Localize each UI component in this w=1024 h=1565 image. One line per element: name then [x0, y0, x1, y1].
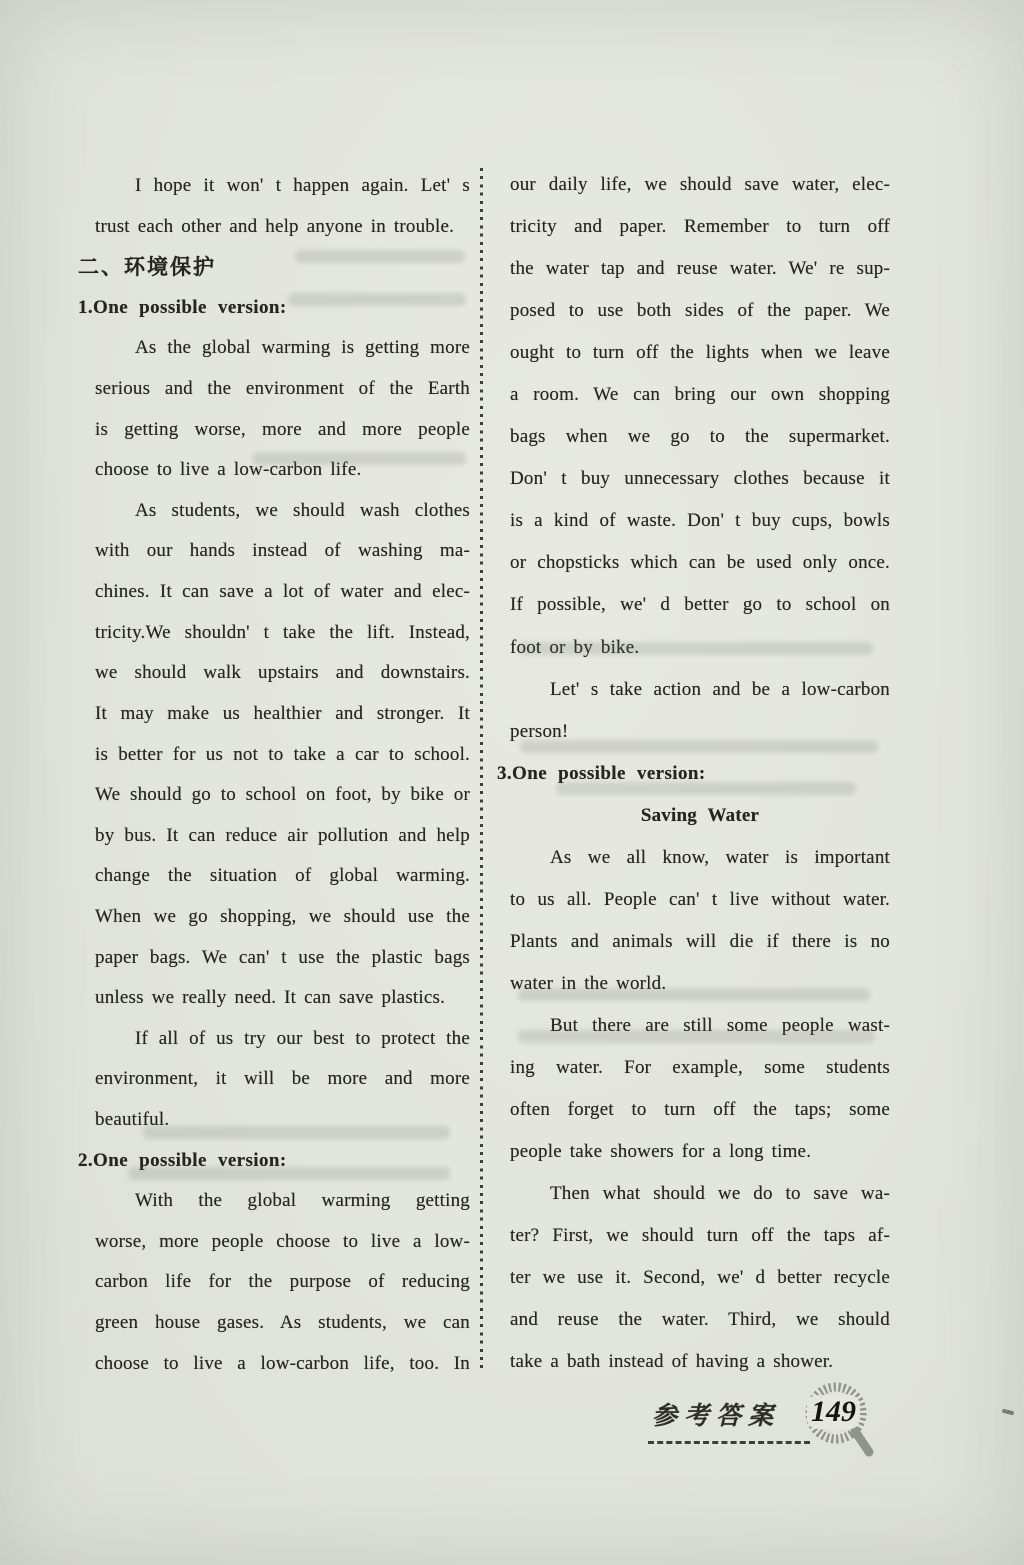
text-line: often forget to turn off the taps; some [497, 1089, 890, 1131]
right-text-column: our daily life, we should save water, el… [497, 164, 890, 1383]
bleedthrough-mark [143, 1126, 450, 1139]
bleedthrough-mark [295, 250, 465, 263]
text-line: and reuse the water. Third, we should [497, 1299, 890, 1341]
text-line: to us all. People can' t live without wa… [497, 879, 890, 921]
text-line: When we go shopping, we should use the [78, 897, 470, 938]
text-line: trust each other and help anyone in trou… [78, 207, 470, 248]
text-line: choose to live a low-carbon life, too. I… [78, 1344, 470, 1385]
page-number: 149 [807, 1395, 860, 1429]
text-line: chines. It can save a lot of water and e… [78, 572, 470, 613]
q-ring-logo-icon: 149 [798, 1378, 878, 1464]
text-line: environment, it will be more and more [78, 1059, 470, 1100]
text-line: people take showers for a long time. [497, 1131, 890, 1173]
text-line: a room. We can bring our own shopping [497, 374, 890, 416]
text-line: As we all know, water is important [497, 837, 890, 879]
text-line: is better for us not to take a car to sc… [78, 735, 470, 776]
text-line: bags when we go to the supermarket. [497, 416, 890, 458]
text-line: It may make us healthier and stronger. I… [78, 694, 470, 735]
text-line: Then what should we do to save wa- [497, 1173, 890, 1215]
bleedthrough-mark [252, 452, 466, 465]
text-line: As students, we should wash clothes [78, 491, 470, 532]
text-line: worse, more people choose to live a low- [78, 1222, 470, 1263]
text-line: posed to use both sides of the paper. We [497, 290, 890, 332]
text-line: the water tap and reuse water. We' re su… [497, 248, 890, 290]
text-line: or chopsticks which can be used only onc… [497, 542, 890, 584]
bleedthrough-mark [556, 782, 856, 795]
text-line: If possible, we' d better go to school o… [497, 584, 890, 626]
text-line: unless we really need. It can save plast… [78, 978, 470, 1019]
text-line: Plants and animals will die if there is … [497, 921, 890, 963]
left-text-column: I hope it won' t happen again. Let' stru… [78, 166, 470, 1384]
text-line: With the global warming getting [78, 1181, 470, 1222]
page-footer: 参考答案 149 [648, 1396, 908, 1466]
text-line: Don' t buy unnecessary clothes because i… [497, 458, 890, 500]
text-line: As the global warming is getting more [78, 328, 470, 369]
text-line: is getting worse, more and more people [78, 410, 470, 451]
text-line: we should walk upstairs and downstairs. [78, 653, 470, 694]
text-line: our daily life, we should save water, el… [497, 164, 890, 206]
text-line: If all of us try our best to protect the [78, 1019, 470, 1060]
bleedthrough-mark [128, 1167, 450, 1180]
bleedthrough-mark [518, 988, 870, 1001]
text-line: Let' s take action and be a low-carbon [497, 669, 890, 711]
text-line: I hope it won' t happen again. Let' s [78, 166, 470, 207]
text-line: is a kind of waste. Don' t buy cups, bow… [497, 500, 890, 542]
bleedthrough-mark [518, 642, 873, 655]
text-line: Saving Water [497, 795, 890, 837]
text-line: with our hands instead of washing ma- [78, 531, 470, 572]
text-line: ought to turn off the lights when we lea… [497, 332, 890, 374]
footer-answer-key-label: 参考答案 [648, 1396, 810, 1444]
text-line: We should go to school on foot, by bike … [78, 775, 470, 816]
bleedthrough-mark [288, 293, 466, 306]
text-line: carbon life for the purpose of reducing [78, 1262, 470, 1303]
scan-speck [1002, 1409, 1015, 1416]
text-line: ter we use it. Second, we' d better recy… [497, 1257, 890, 1299]
text-line: ter? First, we should turn off the taps … [497, 1215, 890, 1257]
text-line: change the situation of global warming. [78, 856, 470, 897]
text-line: tricity.We shouldn' t take the lift. Ins… [78, 613, 470, 654]
text-line: by bus. It can reduce air pollution and … [78, 816, 470, 857]
bleedthrough-mark [518, 1030, 875, 1043]
text-line: paper bags. We can' t use the plastic ba… [78, 938, 470, 979]
bleedthrough-mark [520, 740, 878, 753]
text-line: green house gases. As students, we can [78, 1303, 470, 1344]
text-line: ing water. For example, some students [497, 1047, 890, 1089]
text-line: serious and the environment of the Earth [78, 369, 470, 410]
scanned-answer-page: I hope it won' t happen again. Let' stru… [0, 0, 1024, 1565]
column-divider-dotted-line [480, 168, 483, 1372]
text-line: tricity and paper. Remember to turn off [497, 206, 890, 248]
